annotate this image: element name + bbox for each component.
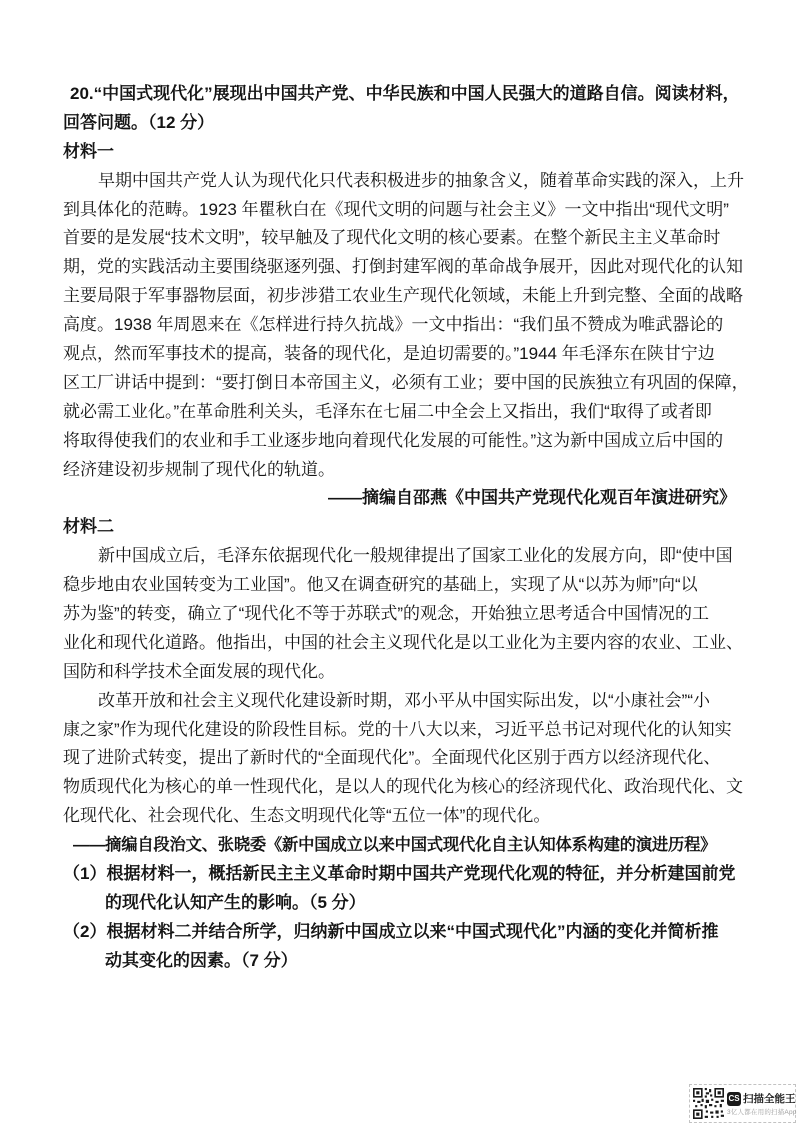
material-one-text-line: 将取得使我们的农业和手工业逐步地向着现代化发展的可能性。”这为新中国成立后中国的 xyxy=(63,427,753,456)
material-two-text-line: 苏为鉴”的转变，确立了“现代化不等于苏联式”的观念，开始独立思考适合中国情况的工 xyxy=(63,600,753,629)
material-one-text-line: 早期中国共产党人认为现代化只代表积极进步的抽象含义，随着革命实践的深入，上升 xyxy=(63,167,753,196)
material-two-text-line: 稳步地由农业国转变为工业国”。他又在调查研究的基础上，实现了从“以苏为师”向“以 xyxy=(63,571,753,600)
material-one-text-line: 区工厂讲话中提到：“要打倒日本帝国主义，必须有工业；要中国的民族独立有巩固的保障… xyxy=(63,369,753,398)
sub-question-1-line: （1）根据材料一，概括新民主主义革命时期中国共产党现代化观的特征，并分析建国前党 xyxy=(63,860,753,889)
material-two-citation: ——摘编自段治文、张晓委《新中国成立以来中国式现代化自主认知体系构建的演进历程》 xyxy=(63,831,753,860)
material-one-text-line: 到具体化的范畴。1923 年瞿秋白在《现代文明的问题与社会主义》一文中指出“现代… xyxy=(63,196,753,225)
material-one-citation: ——摘编自邵燕《中国共产党现代化观百年演进研究》 xyxy=(63,484,753,513)
material-one-text-line: 主要局限于军事器物层面，初步涉猎工农业生产现代化领域，未能上升到完整、全面的战略 xyxy=(63,282,753,311)
material-one-text-line: 观点，然而军事技术的提高，装备的现代化，是迫切需要的。”1944 年毛泽东在陕甘… xyxy=(63,340,753,369)
material-one-text-line: 首要的是发展“技术文明”，较早触及了现代化文明的核心要素。在整个新民主主义革命时 xyxy=(63,224,753,253)
material-two-text-line: 改革开放和社会主义现代化建设新时期，邓小平从中国实际出发，以“小康社会”“小 xyxy=(63,687,753,716)
scanned-exam-page: 20.“中国式现代化”展现出中国共产党、中华民族和中国人民强大的道路自信。阅读材… xyxy=(0,0,800,1132)
material-two-label: 材料二 xyxy=(63,513,753,542)
material-two-text-line: 新中国成立后，毛泽东依据现代化一般规律提出了国家工业化的发展方向，即“使中国 xyxy=(63,542,753,571)
material-two-text-line: 业化和现代化道路。他指出，中国的社会主义现代化是以工业化为主要内容的农业、工业、 xyxy=(63,629,753,658)
question-header-line: 回答问题。（12 分） xyxy=(63,109,753,138)
watermark-text-block: CS 扫描全能王 3亿人都在用的扫描App xyxy=(727,1091,792,1116)
material-two-text-line: 化现代化、社会现代化、生态文明现代化等“五位一体”的现代化。 xyxy=(63,802,753,831)
material-one-text-line: 期，党的实践活动主要围绕驱逐列强、打倒封建军阀的革命战争展开，因此对现代化的认知 xyxy=(63,253,753,282)
material-one-text-line: 高度。1938 年周恩来在《怎样进行持久抗战》一文中指出：“我们虽不赞成为唯武器… xyxy=(63,311,753,340)
material-one-label: 材料一 xyxy=(63,138,753,167)
camscanner-tagline: 3亿人都在用的扫描App xyxy=(727,1107,792,1116)
material-two-text-line: 物质现代化为核心的单一性现代化，是以人的现代化为核心的经济现代化、政治现代化、文 xyxy=(63,773,753,802)
material-two-text-line: 现了进阶式转变，提出了新时代的“全面现代化”。全面现代化区别于西方以经济现代化、 xyxy=(63,744,753,773)
camscanner-logo-icon: CS xyxy=(727,1092,741,1106)
sub-question-2-line: 动其变化的因素。（7 分） xyxy=(63,947,753,976)
material-one-text-line: 经济建设初步规制了现代化的轨道。 xyxy=(63,456,753,485)
material-two-text-line: 国防和科学技术全面发展的现代化。 xyxy=(63,658,753,687)
camscanner-watermark: CS 扫描全能王 3亿人都在用的扫描App xyxy=(689,1084,796,1123)
sub-question-1-line: 的现代化认知产生的影响。（5 分） xyxy=(63,889,753,918)
camscanner-app-name: 扫描全能王 xyxy=(743,1091,796,1106)
material-two-text-line: 康之家”作为现代化建设的阶段性目标。党的十八大以来，习近平总书记对现代化的认知实 xyxy=(63,716,753,745)
material-one-text-line: 就必需工业化。”在革命胜利关头，毛泽东在七届二中全会上又指出，我们“取得了或者即 xyxy=(63,398,753,427)
question-header-line: 20.“中国式现代化”展现出中国共产党、中华民族和中国人民强大的道路自信。阅读材… xyxy=(63,80,753,109)
sub-question-2-line: （2）根据材料二并结合所学，归纳新中国成立以来“中国式现代化”内涵的变化并简析推 xyxy=(63,918,753,947)
exam-question-block: 20.“中国式现代化”展现出中国共产党、中华民族和中国人民强大的道路自信。阅读材… xyxy=(63,80,753,976)
qr-code-icon xyxy=(693,1088,724,1119)
